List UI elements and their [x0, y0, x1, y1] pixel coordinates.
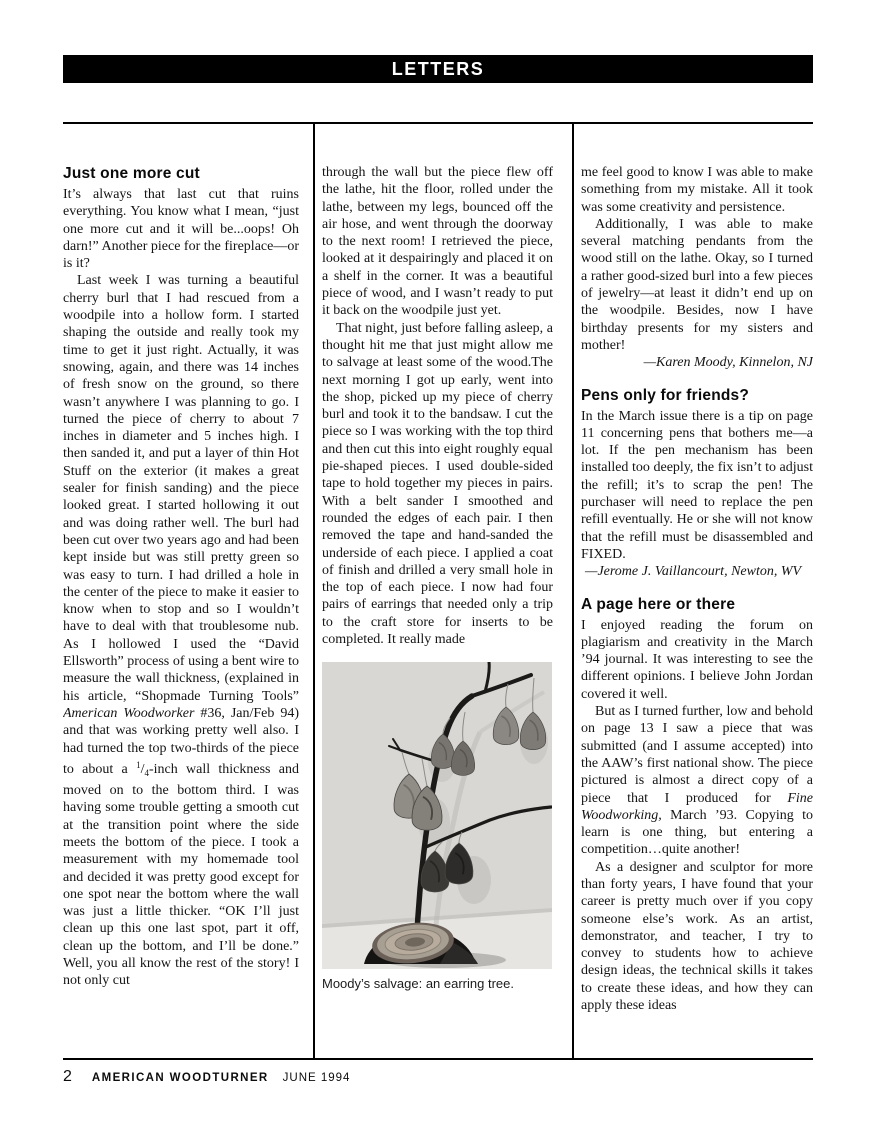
section-header-bar: LETTERS: [63, 55, 813, 83]
page-number: 2: [63, 1068, 72, 1086]
one-quarter-fraction: 1/4: [136, 762, 149, 777]
letter1-paragraph-5: me feel good to know I was able to make …: [581, 164, 813, 216]
earring-tree-illustration: [322, 662, 552, 969]
bottom-rule: [63, 1058, 813, 1060]
letter1-paragraph-6: Additionally, I was able to make several…: [581, 216, 813, 354]
earring-tree-photo: Moody’s salvage: an earring tree.: [322, 662, 552, 992]
top-rule: [63, 122, 813, 124]
letter1-paragraph-4: That night, just before falling asleep, …: [322, 320, 553, 649]
photo-caption: Moody’s salvage: an earring tree.: [322, 976, 552, 992]
column-2: through the wall but the piece flew off …: [322, 164, 553, 1054]
letter3-p2-text-a: But as I turned further, low and behold …: [581, 704, 813, 805]
magazine-name: AMERICAN WOODTURNER: [92, 1072, 269, 1084]
letter3-paragraph-1: I enjoyed reading the forum on plagiaris…: [581, 617, 813, 703]
letter1-signature: —Karen Moody, Kinnelon, NJ: [581, 354, 813, 371]
letter1-p2-text-a: Last week I was turning a beautiful cher…: [63, 273, 299, 703]
column-divider-right: [572, 122, 574, 1060]
magazine-page: LETTERS Just one more cut It’s always th…: [0, 0, 876, 1133]
letter1-heading: Just one more cut: [63, 164, 299, 183]
issue-date: JUNE 1994: [283, 1072, 351, 1084]
letter2-heading: Pens only for friends?: [581, 386, 813, 405]
journal-reference-italic: American Woodworker: [63, 706, 194, 721]
column-divider-left: [313, 122, 315, 1060]
letter1-paragraph-1: It’s always that last cut that ruins eve…: [63, 186, 299, 272]
section-title: LETTERS: [392, 59, 485, 80]
page-footer: 2 AMERICAN WOODTURNER JUNE 1994: [63, 1068, 813, 1086]
letter3-heading: A page here or there: [581, 595, 813, 614]
letter1-paragraph-3: through the wall but the piece flew off …: [322, 164, 553, 320]
column-1: Just one more cut It’s always that last …: [63, 164, 299, 1054]
letter3-paragraph-3: As a designer and sculptor for more than…: [581, 859, 813, 1015]
letter1-paragraph-2: Last week I was turning a beautiful cher…: [63, 272, 299, 989]
letter1-p2-text-c: -inch wall thickness and moved on to the…: [63, 762, 299, 989]
letter2-signature: —Jerome J. Vaillancourt, Newton, WV: [581, 563, 813, 580]
letter2-paragraph-1: In the March issue there is a tip on pag…: [581, 408, 813, 564]
column-3: me feel good to know I was able to make …: [581, 164, 813, 1054]
letter3-paragraph-2: But as I turned further, low and behold …: [581, 703, 813, 859]
